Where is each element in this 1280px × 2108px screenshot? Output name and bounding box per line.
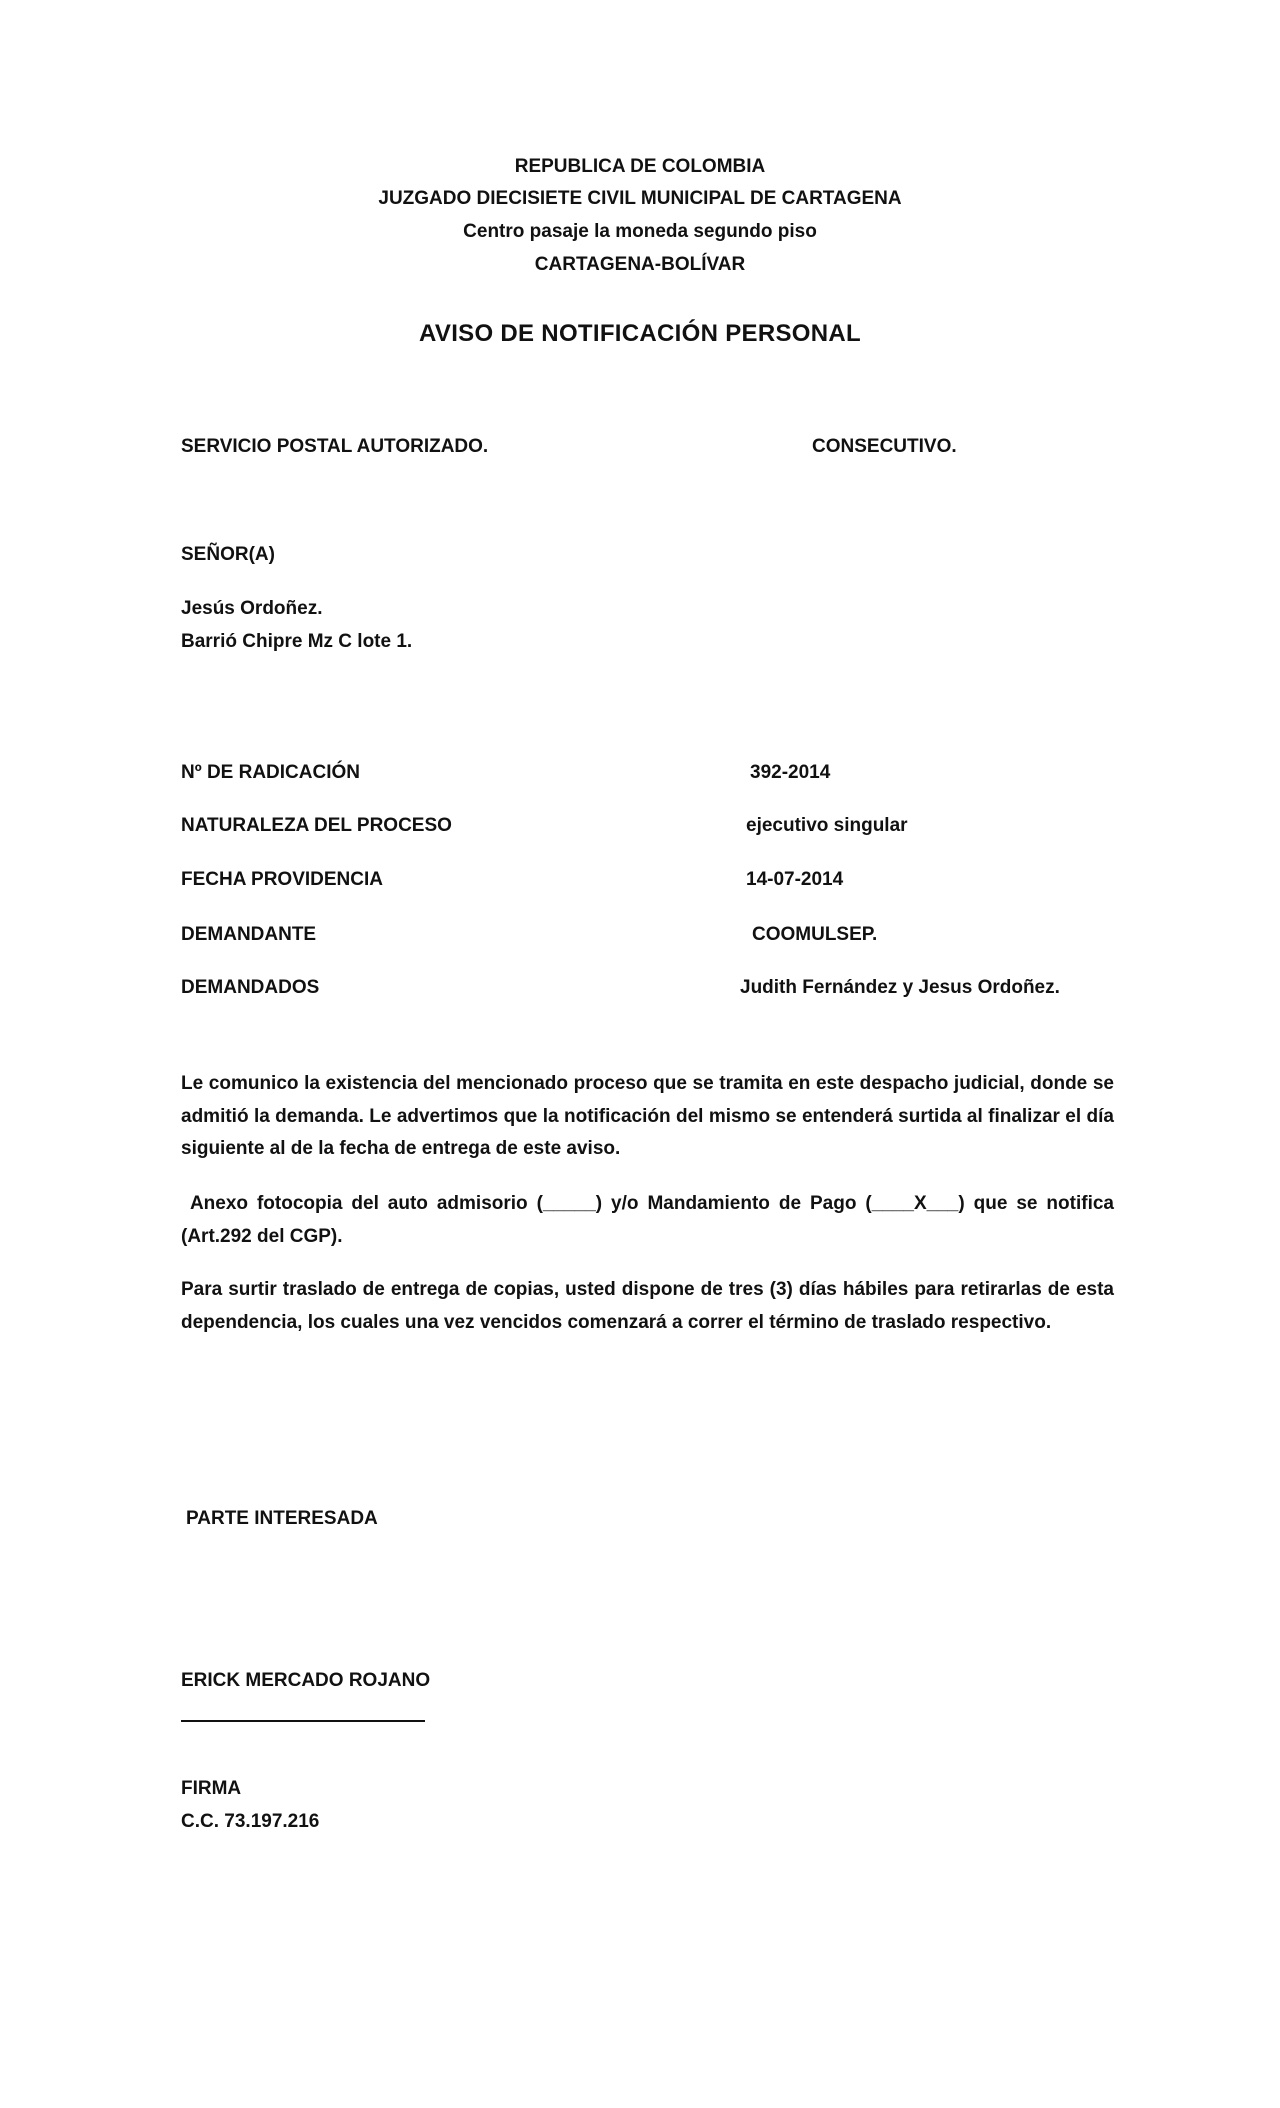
header-court: JUZGADO DIECISIETE CIVIL MUNICIPAL DE CA…: [0, 189, 1280, 208]
header-country: REPUBLICA DE COLOMBIA: [0, 157, 1280, 176]
case-label-fecha: FECHA PROVIDENCIA: [181, 870, 383, 889]
signature-party-label: PARTE INTERESADA: [186, 1509, 378, 1528]
signature-line: [181, 1720, 425, 1722]
consecutive-label: CONSECUTIVO.: [812, 437, 957, 456]
case-value-demandados: Judith Fernández y Jesus Ordoñez.: [740, 978, 1060, 997]
body-paragraph-transfer: Para surtir traslado de entrega de copia…: [181, 1274, 1114, 1339]
header-city: CARTAGENA-BOLÍVAR: [0, 255, 1280, 274]
body-paragraph-annex: Anexo fotocopia del auto admisorio (____…: [181, 1188, 1114, 1253]
case-label-demandados: DEMANDADOS: [181, 978, 319, 997]
signature-id: C.C. 73.197.216: [181, 1812, 319, 1831]
signature-firma-label: FIRMA: [181, 1779, 241, 1798]
case-value-radicacion: 392-2014: [750, 763, 830, 782]
document-title: AVISO DE NOTIFICACIÓN PERSONAL: [0, 322, 1280, 346]
recipient-address: Barrió Chipre Mz C lote 1.: [181, 632, 412, 651]
document-page: REPUBLICA DE COLOMBIA JUZGADO DIECISIETE…: [0, 0, 1280, 2108]
case-value-fecha: 14-07-2014: [746, 870, 843, 889]
case-label-demandante: DEMANDANTE: [181, 925, 316, 944]
body-paragraph-notice: Le comunico la existencia del mencionado…: [181, 1068, 1114, 1166]
case-label-radicacion: Nº DE RADICACIÓN: [181, 763, 360, 782]
signature-name: ERICK MERCADO ROJANO: [181, 1671, 430, 1690]
case-label-naturaleza: NATURALEZA DEL PROCESO: [181, 816, 452, 835]
recipient-name: Jesús Ordoñez.: [181, 599, 323, 618]
case-value-naturaleza: ejecutivo singular: [746, 816, 908, 835]
header-address: Centro pasaje la moneda segundo piso: [0, 222, 1280, 241]
recipient-salutation: SEÑOR(A): [181, 545, 275, 564]
postal-service-label: SERVICIO POSTAL AUTORIZADO.: [181, 437, 488, 456]
case-value-demandante: COOMULSEP.: [752, 925, 877, 944]
